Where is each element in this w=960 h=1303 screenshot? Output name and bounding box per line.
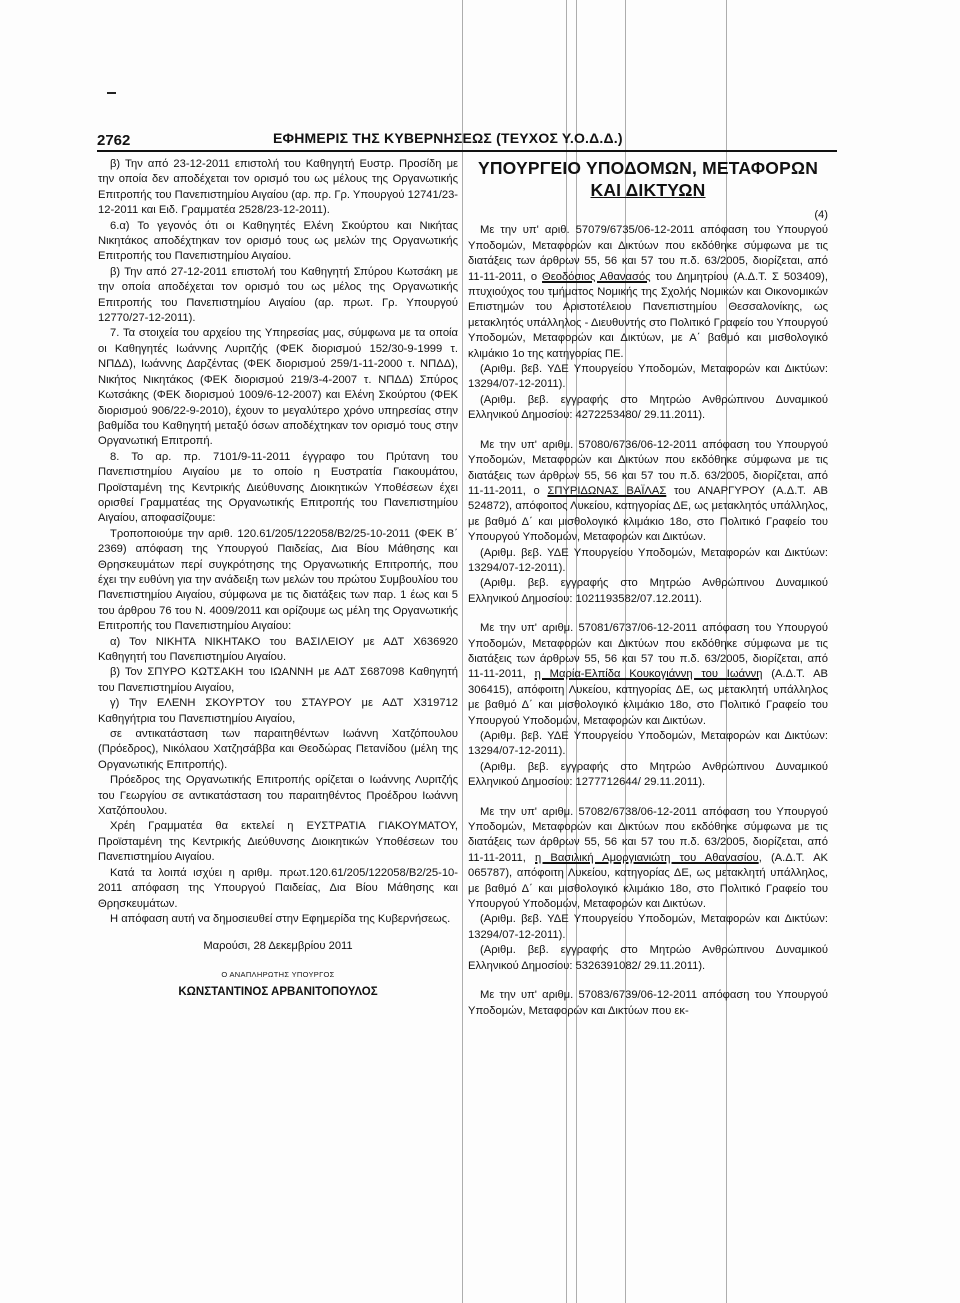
- ude-reference: (Αριθμ. βεβ. ΥΔΕ Υπουργείου Υποδομών, Με…: [468, 362, 828, 393]
- signatory-name: ΚΩΝΣΤΑΝΤΙΝΟΣ ΑΡΒΑΝΙΤΟΠΟΥΛΟΣ: [98, 985, 458, 1000]
- decision-paragraph: Με την υπ' αριθμ. 57081/6737/06-12-2011 …: [468, 621, 828, 729]
- paragraph: β) Την από 27-12-2011 επιστολή του Καθηγ…: [98, 265, 458, 327]
- paragraph: β) Την από 23-12-2011 επιστολή του Καθηγ…: [98, 157, 458, 219]
- paragraph: 8. Το αρ. πρ. 7101/9-11-2011 έγγραφο του…: [98, 450, 458, 527]
- registry-reference: (Αριθμ. βεβ. εγγραφής στο Μητρώο Ανθρώπι…: [468, 760, 828, 791]
- ude-reference: (Αριθμ. βεβ. ΥΔΕ Υπουργείου Υποδομών, Με…: [468, 912, 828, 943]
- paragraph: σε αντικατάσταση των παραιτηθέντων Ιωάνν…: [98, 727, 458, 773]
- registry-reference: (Αριθμ. βεβ. εγγραφής στο Μητρώο Ανθρώπι…: [468, 393, 828, 424]
- paragraph: Κατά τα λοιπά ισχύει η αριθμ. πρωτ.120.6…: [98, 866, 458, 912]
- right-column: ΥΠΟΥΡΓΕΙΟ ΥΠΟΔΟΜΩΝ, ΜΕΤΑΦΟΡΩΝ ΚΑΙ ΔΙΚΤΥΩ…: [468, 157, 828, 1019]
- paragraph: α) Τον ΝΙΚΗΤΑ ΝΙΚΗΤΑΚΟ του ΒΑΣΙΛΕΙΟΥ με …: [98, 635, 458, 666]
- registry-reference: (Αριθμ. βεβ. εγγραφής στο Μητρώο Ανθρώπι…: [468, 576, 828, 607]
- paragraph: Πρόεδρος της Οργανωτικής Επιτροπής ορίζε…: [98, 773, 458, 819]
- ude-reference: (Αριθμ. βεβ. ΥΔΕ Υπουργείου Υποδομών, Με…: [468, 729, 828, 760]
- header-rule: [97, 150, 837, 152]
- paragraph: 6.α) Το γεγονός ότι οι Καθηγητές Ελένη Σ…: [98, 219, 458, 265]
- running-title: ΕΦΗΜΕΡΙΣ ΤΗΣ ΚΥΒΕΡΝΗΣΕΩΣ (ΤΕΥΧΟΣ Υ.Ο.Δ.Δ…: [273, 130, 623, 146]
- signatory-title: Ο ΑΝΑΠΛΗΡΩΤΗΣ ΥΠΟΥΡΓΟΣ: [98, 967, 458, 982]
- appointee-name: η Μαρία-Ελπίδα Κουκογιάννη του Ιωάννη: [535, 668, 763, 680]
- page-header: 2762 ΕΦΗΜΕΡΙΣ ΤΗΣ ΚΥΒΕΡΝΗΣΕΩΣ (ΤΕΥΧΟΣ Υ.…: [97, 128, 837, 150]
- page-number: 2762: [97, 132, 130, 149]
- scan-artifact-line: [462, 0, 463, 1303]
- appointee-name: Θεοδόσιος Αθανασός: [542, 271, 650, 283]
- paragraph: γ) Την ΕΛΕΝΗ ΣΚΟΥΡΤΟΥ του ΣΤΑΥΡΟΥ με ΑΔΤ…: [98, 696, 458, 727]
- left-column: β) Την από 23-12-2011 επιστολή του Καθηγ…: [98, 157, 458, 1001]
- paragraph: β) Τον ΣΠΥΡΟ ΚΩΤΣΑΚΗ του ΙΩΑΝΝΗ με ΑΔΤ Σ…: [98, 665, 458, 696]
- decision-paragraph: Με την υπ' αριθμ. 57083/6739/06-12-2011 …: [468, 988, 828, 1019]
- registry-reference: (Αριθμ. βεβ. εγγραφής στο Μητρώο Ανθρώπι…: [468, 943, 828, 974]
- decision-paragraph: Με την υπ' αριθ. 57079/6735/06-12-2011 α…: [468, 223, 828, 362]
- gazette-page: 2762 ΕΦΗΜΕΡΙΣ ΤΗΣ ΚΥΒΕΡΝΗΣΕΩΣ (ΤΕΥΧΟΣ Υ.…: [0, 0, 960, 1303]
- paragraph: Τροποποιούμε την αριθ. 120.61/205/122058…: [98, 527, 458, 635]
- paragraph: Η απόφαση αυτή να δημοσιευθεί στην Εφημε…: [98, 912, 458, 927]
- decision-paragraph: Με την υπ' αριθμ. 57082/6738/06-12-2011 …: [468, 805, 828, 913]
- appointee-name: η Βασιλική Αμοργιανιώτη του Αθανασίου: [535, 852, 759, 864]
- decision-paragraph: Με την υπ' αριθμ. 57080/6736/06-12-2011 …: [468, 438, 828, 546]
- ministry-heading: ΥΠΟΥΡΓΕΙΟ ΥΠΟΔΟΜΩΝ, ΜΕΤΑΦΟΡΩΝ ΚΑΙ ΔΙΚΤΥΩ…: [468, 157, 828, 201]
- paragraph: 7. Τα στοιχεία του αρχείου της Υπηρεσίας…: [98, 326, 458, 449]
- ministry-heading-line1: ΥΠΟΥΡΓΕΙΟ ΥΠΟΔΟΜΩΝ, ΜΕΤΑΦΟΡΩΝ: [468, 157, 828, 179]
- decision-number: (4): [468, 208, 828, 223]
- ude-reference: (Αριθμ. βεβ. ΥΔΕ Υπουργείου Υποδομών, Με…: [468, 546, 828, 577]
- appointee-name: ΣΠΥΡΙΔΩΝΑΣ ΒΑΪΛΑΣ: [547, 485, 666, 497]
- scan-mark: [107, 92, 116, 94]
- ministry-heading-line2: ΚΑΙ ΔΙΚΤΥΩΝ: [468, 179, 828, 201]
- date-line: Μαρούσι, 28 Δεκεμβρίου 2011: [98, 939, 458, 954]
- paragraph: Χρέη Γραμματέα θα εκτελεί η ΕΥΣΤΡΑΤΙΑ ΓΙ…: [98, 819, 458, 865]
